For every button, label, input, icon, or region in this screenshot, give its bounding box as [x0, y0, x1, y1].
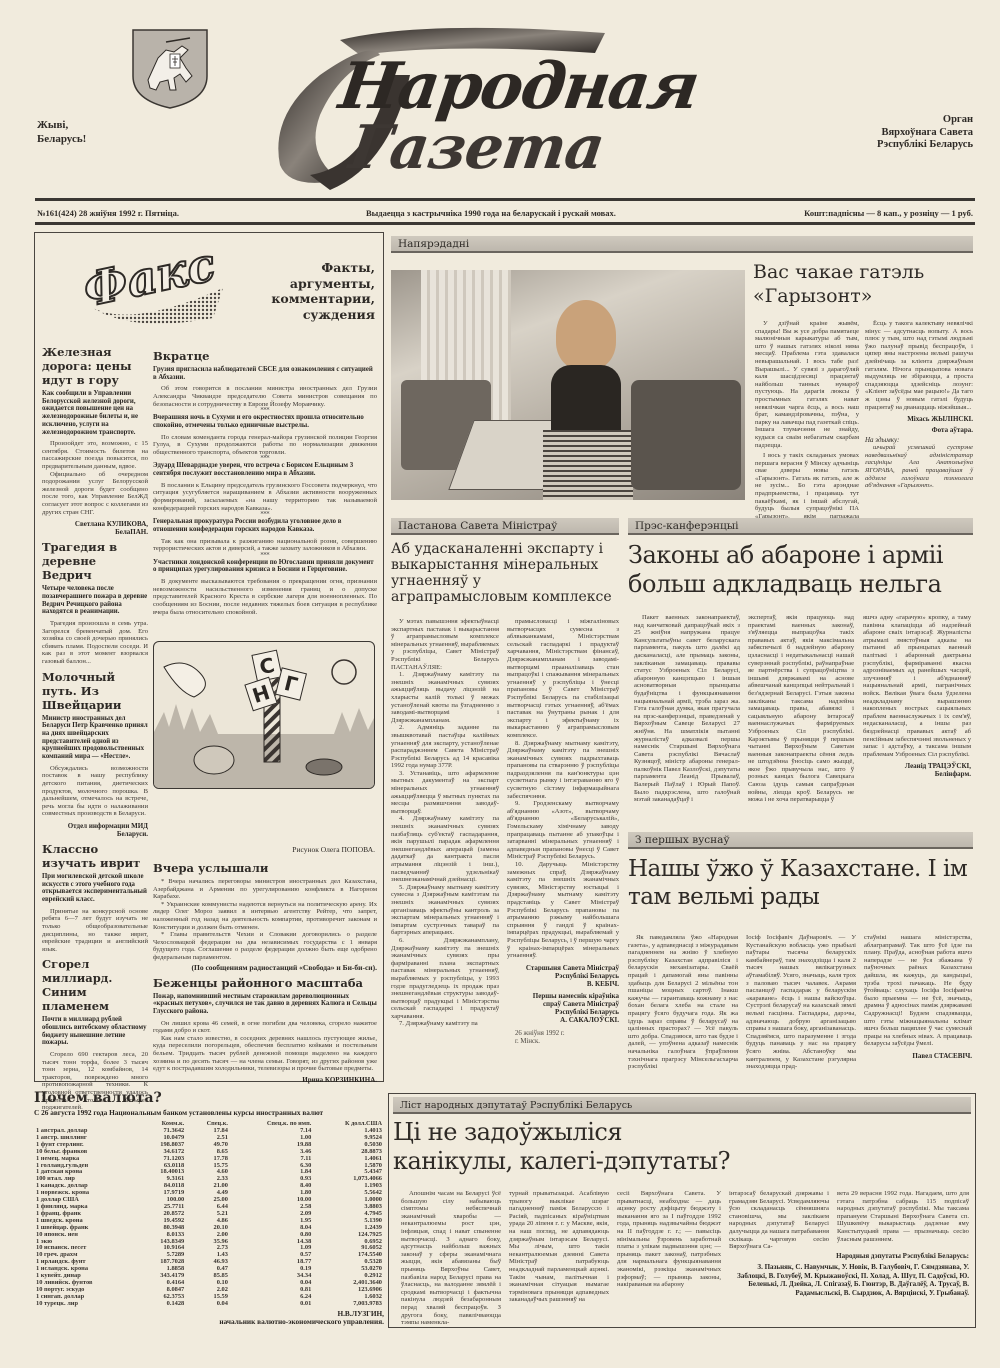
fax-logo: Факс	[73, 248, 243, 328]
currency-row: 10 португ. эскудо8.08472.020.81123.6906	[34, 1287, 384, 1294]
article-burned-billion: Сгорел миллиард. Синим пламенем Почти в …	[42, 957, 148, 1112]
briefly-item: Участники лондонской конференции по Югос…	[153, 559, 377, 616]
price: Кошт:падпісны — 8 кап., у розніцу — 1 ру…	[804, 208, 973, 218]
fax-tagline: Факты, аргументы, комментарии, суждения	[271, 260, 375, 322]
kazakhstan-col-2: Іосіф Іосіфавіч Даўнаровіч. — У Кустанай…	[746, 934, 856, 1071]
briefly-item: Вчерашняя ночь в Сухуми и его окрестност…	[153, 414, 377, 456]
currency-row: 10 бельг. франков34.61728.653.4628.8873	[34, 1149, 384, 1156]
currency-row: 1 норвежск. крона17.97194.491.805.5642	[34, 1190, 384, 1197]
briefly-item: Эдуард Шеварднадзе уверен, что встреча с…	[153, 462, 377, 512]
press-conference-article: Прэс-канферэнцыі Законы аб абароне і арм…	[628, 518, 973, 818]
title-line2: Газета	[346, 118, 608, 178]
decree-col-1: У мэтах павышэння эфектыўнасці экспартны…	[391, 618, 499, 1028]
hotel-col-1: У дзіўнай краіне жывём, спадары! Вы ж ус…	[755, 320, 859, 528]
fax-left-column: Железная дорога: цены идут в гору Как со…	[42, 341, 148, 1112]
deputies-col-1: Апошнім часам на Беларусі ўсё большую сі…	[401, 1190, 501, 1327]
briefly-item: Грузия пригласила наблюдателей СБСЕ для …	[153, 366, 377, 408]
article-milky-way: Молочный путь. Из Швейцарии Министр инос…	[42, 670, 148, 838]
currency-row: 1 австр. шиллинг10.04792.511.009.9524	[34, 1135, 384, 1142]
press-headline: Законы аб абароне і арміі больш адкладва…	[628, 541, 973, 599]
article-vedrich: Трагедия в деревне Ведрич Четыре человек…	[42, 540, 148, 665]
briefly-item: Генеральная прокуратура России возбудила…	[153, 518, 377, 553]
currency-table: Комм.к. Спец.к. Спец.к. по имп. К долл.С…	[34, 1120, 384, 1308]
hotel-col-2: Ёсць у такога калектыву невялічкі мінус …	[865, 320, 973, 490]
press-col-1: Пакет ваенных законапраектаў, над канчат…	[634, 614, 740, 804]
article-hebrew: Классно изучать иврит При могилевской де…	[42, 842, 148, 953]
briefly-column: Вкратце Грузия пригласила наблюдателей С…	[153, 345, 377, 616]
press-col-2: экспертаў, якія працуюць над праектамі в…	[748, 614, 854, 804]
deputies-col-4: інтарэсаў беларускай дзяржавы і грамадзя…	[729, 1190, 829, 1251]
issue-number: №161(424) 28 жніўня 1992 г. Пятніца.	[37, 208, 179, 218]
kazakhstan-col-3: стаўнікі нашага міністэрства, аблаграпра…	[864, 934, 972, 1060]
ministers-decree: Пастанова Савета Міністраў Аб удасканале…	[391, 518, 619, 1080]
decree-col-2: прамысловасці і міжгаліновых вытворчасця…	[507, 618, 619, 1046]
organ-label: Орган Вярхоўнага Савета Рэспублікі Белар…	[877, 114, 973, 152]
motto: Жыві, Беларусь!	[37, 118, 86, 146]
currency-row: 10 ливийск. фунтов0.41640.100.042,401.36…	[34, 1280, 384, 1287]
currency-row: 1 экю143.834935.9614.380.6952	[34, 1239, 384, 1246]
currency-row: 10 греч. драхм5.72891.430.57174.5540	[34, 1252, 384, 1259]
publication-note: Выдаецца з кастрычніка 1990 года на бела…	[366, 208, 616, 218]
rubric-first-hand: З першых вуснаў	[628, 832, 973, 849]
fax-section: Факс Факты, аргументы, комментарии, сужд…	[34, 232, 384, 1082]
kazakhstan-headline: Нашы ўжо ў Казахстане. І ім там вельмі р…	[628, 855, 973, 911]
currency-row: 10 японск. иен8.01332.000.80124.7925	[34, 1232, 384, 1239]
deputies-letter: Ліст народных дэпутатаў Рэспублікі Белар…	[388, 1093, 976, 1328]
rubric-eve: Напярэдадні	[391, 236, 973, 253]
hotel-article: Напярэдадні Вас чакае гатэль «Гарызонт» …	[391, 236, 973, 511]
heard-yesterday: Вчера услышали * Вчера начались перегово…	[153, 857, 377, 1084]
currency-row: 1 исландск. крона1.88580.470.1953.0270	[34, 1266, 384, 1273]
currency-section: Почем валюта? С 26 августа 1992 года Нац…	[34, 1090, 384, 1326]
masthead: Жыві, Беларусь! Народная Газета Орган Вя…	[0, 0, 1000, 225]
kazakhstan-article: З першых вуснаў Нашы ўжо ў Казахстане. І…	[628, 832, 973, 1082]
bottom-rule	[35, 222, 975, 225]
top-rule	[35, 198, 975, 201]
hotel-photo	[391, 270, 745, 500]
cartoon-caption: Рисунок Олега ПОПОВА.	[292, 845, 375, 854]
currency-title: Почем валюта?	[34, 1090, 384, 1106]
cnr-cartoon: С Н Г	[153, 641, 375, 789]
press-col-3: яшчэ адну «гарачую» кропку, а таму павін…	[863, 614, 971, 778]
pahonia-coat-of-arms-icon	[130, 28, 210, 108]
decree-headline: Аб удасканаленні экспарту і выкарыстання…	[391, 541, 619, 605]
currency-row: 10 турецк. лир0.14280.040.017,003.9783	[34, 1301, 384, 1308]
deputies-col-3: сесіі Вярхоўнага Савета. У прыватнасці, …	[617, 1190, 721, 1289]
currency-row: 1 сингап. доллар62.375315.596.241.6032	[34, 1294, 384, 1301]
title-line1: Народная	[336, 55, 702, 119]
article-railway: Железная дорога: цены идут в гору Как со…	[42, 345, 148, 536]
hotel-headline: Вас чакае гатэль «Гарызонт»	[753, 260, 973, 308]
deputies-col-5: вета 29 верасня 1992 года. Нагадаем, што…	[837, 1190, 969, 1243]
currency-row: 1 швейцар. франк80.394820.108.041.2439	[34, 1225, 384, 1232]
rubric-press-conferences: Прэс-канферэнцыі	[628, 518, 973, 535]
currency-row: 1 франц. франк20.85725.212.094.7945	[34, 1211, 384, 1218]
rubric-deputies-letter: Ліст народных дэпутатаў Рэспублікі Белар…	[393, 1097, 971, 1114]
currency-row: 1 датская крона18.400134.601.845.4347	[34, 1169, 384, 1176]
deputies-signatures: Народныя дэпутаты Рэспублікі Беларусь: З…	[729, 1252, 969, 1297]
currency-row: 10 испанск. песет10.91642.731.0991.6052	[34, 1245, 384, 1252]
rubric-council-of-ministers: Пастанова Савета Міністраў	[391, 518, 619, 535]
deputies-col-2: турнай прыватызацыі. Асаблівую трывогу в…	[509, 1190, 609, 1304]
currency-row: 1 голланд.гульден63.011815.756.301.5870	[34, 1163, 384, 1170]
kazakhstan-col-1: Як паведамляла ўжо «Народная газета», у …	[628, 934, 738, 1071]
deputies-headline: Ці не задоўжыліся канікулы, калегі-дэпут…	[393, 1118, 733, 1176]
currency-row: 1 финлянд. марка25.77116.442.583.8803	[34, 1204, 384, 1211]
currency-subtitle: С 26 августа 1992 года Национальным банк…	[34, 1108, 384, 1117]
